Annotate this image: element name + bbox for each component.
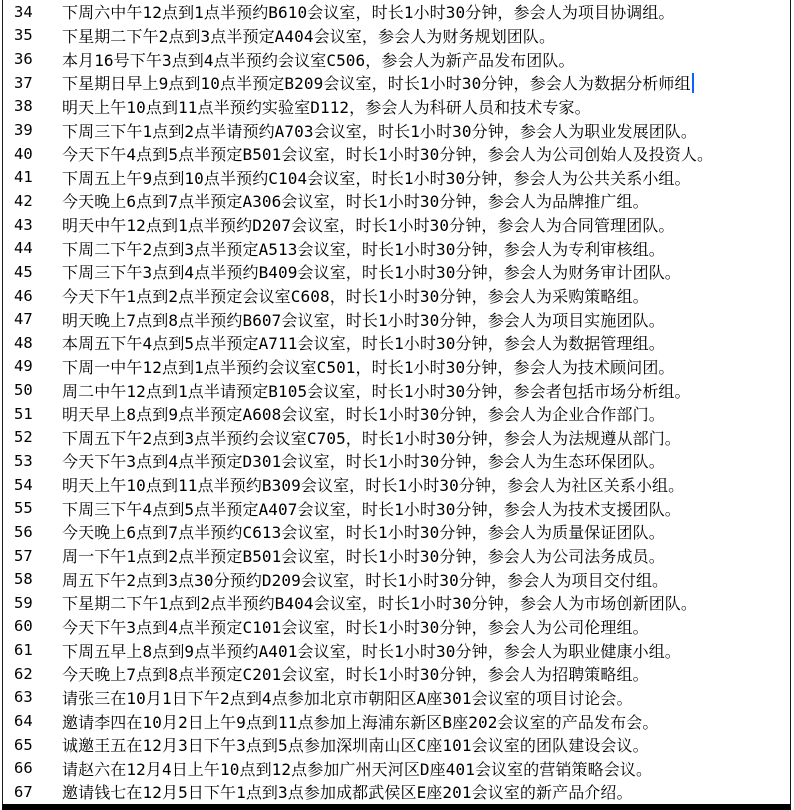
line-text[interactable]: 明天上午10点到11点半预约B309会议室，时长1小时30分钟，参会人为社区关系… bbox=[62, 473, 684, 496]
line-text[interactable]: 明天中午12点到1点半预约D207会议室，时长1小时30分钟，参会人为合同管理团… bbox=[62, 213, 675, 236]
line-number: 51 bbox=[3, 405, 62, 423]
line-text[interactable]: 今天晚上7点到8点半预定C201会议室，时长1小时30分钟，参会人为招聘策略组。 bbox=[62, 662, 649, 685]
line-number: 60 bbox=[3, 617, 62, 635]
editor-line: 45 下周三下午3点到4点半预约B409会议室，时长1小时30分钟，参会人为财务… bbox=[3, 260, 790, 284]
line-number: 49 bbox=[3, 357, 62, 375]
text-caret bbox=[692, 73, 695, 93]
editor-line: 55 下周三下午4点到5点半预定A407会议室，时长1小时30分钟，参会人为技术… bbox=[3, 496, 790, 520]
line-text[interactable]: 下星期日早上9点到10点半预定B209会议室，时长1小时30分钟，参会人为数据分… bbox=[62, 71, 694, 94]
editor-line: 38 明天上午10点到11点半预约实验室D112，参会人为科研人员和技术专家。 bbox=[3, 95, 790, 119]
line-number: 37 bbox=[3, 74, 62, 92]
line-text[interactable]: 下周五早上8点到9点半预约A401会议室，时长1小时30分钟，参会人为职业健康小… bbox=[62, 639, 681, 662]
line-text[interactable]: 请张三在10月1日下午2点到4点参加北京市朝阳区A座301会议室的项目讨论会。 bbox=[62, 686, 633, 709]
line-text[interactable]: 今天下午4点到5点半预定B501会议室，时长1小时30分钟，参会人为公司创始人及… bbox=[62, 142, 713, 165]
line-number: 53 bbox=[3, 452, 62, 470]
line-text[interactable]: 邀请李四在10月2日上午9点到11点参加上海浦东新区B座202会议室的产品发布会… bbox=[62, 710, 658, 733]
line-number: 41 bbox=[3, 168, 62, 186]
line-number: 63 bbox=[3, 688, 62, 706]
line-text[interactable]: 诚邀王五在12月3日下午3点到5点参加深圳南山区C座101会议室的团队建设会议。 bbox=[62, 733, 649, 756]
line-text[interactable]: 下周五上午9点到10点半预约C104会议室，时长1小时30分钟，参会人为公共关系… bbox=[62, 166, 691, 189]
line-number: 56 bbox=[3, 523, 62, 541]
line-number: 66 bbox=[3, 759, 62, 777]
line-text[interactable]: 明天晚上7点到8点半预约B607会议室，时长1小时30分钟，参会人为项目实施团队… bbox=[62, 308, 665, 331]
line-text[interactable]: 本月16号下午3点到4点半预约会议室C506，参会人为新产品发布团队。 bbox=[62, 48, 575, 71]
editor-line: 61 下周五早上8点到9点半预约A401会议室，时长1小时30分钟，参会人为职业… bbox=[3, 638, 790, 662]
line-text[interactable]: 今天下午3点到4点半预定C101会议室，时长1小时30分钟，参会人为公司伦理组。 bbox=[62, 615, 649, 638]
line-number: 57 bbox=[3, 547, 62, 565]
line-number: 43 bbox=[3, 216, 62, 234]
line-number: 52 bbox=[3, 428, 62, 446]
editor-line: 50 周二中午12点到1点半请预定B105会议室，时长1小时30分钟，参会者包括… bbox=[3, 378, 790, 402]
line-text[interactable]: 邀请钱七在12月5日下午1点到3点参加成都武侯区E座201会议室的新产品介绍。 bbox=[62, 780, 633, 803]
line-text[interactable]: 下周三下午1点到2点半请预约A703会议室，时长1小时30分钟，参会人为职业发展… bbox=[62, 119, 697, 142]
line-text[interactable]: 下周五下午2点到3点半预约会议室C705，时长1小时30分钟，参会人为法规遵从部… bbox=[62, 426, 681, 449]
line-number: 40 bbox=[3, 145, 62, 163]
editor-line: 51 明天早上8点到9点半预定A608会议室，时长1小时30分钟，参会人为企业合… bbox=[3, 402, 790, 426]
editor-line: 58 周五下午2点到3点30分预约D209会议室，时长1小时30分钟，参会人为项… bbox=[3, 567, 790, 591]
line-number: 67 bbox=[3, 783, 62, 801]
editor-line: 42 今天晚上6点到7点半预定A306会议室，时长1小时30分钟，参会人为品牌推… bbox=[3, 189, 790, 213]
editor-line: 63 请张三在10月1日下午2点到4点参加北京市朝阳区A座301会议室的项目讨论… bbox=[3, 686, 790, 710]
line-number: 62 bbox=[3, 665, 62, 683]
line-text[interactable]: 明天早上8点到9点半预定A608会议室，时长1小时30分钟，参会人为企业合作部门… bbox=[62, 402, 665, 425]
editor-line: 37 下星期日早上9点到10点半预定B209会议室，时长1小时30分钟，参会人为… bbox=[3, 71, 790, 95]
text-editor-window[interactable]: 34 下周六中午12点到1点半预约B610会议室，时长1小时30分钟，参会人为项… bbox=[2, 0, 791, 810]
line-number: 35 bbox=[3, 26, 62, 44]
line-text[interactable]: 下周六中午12点到1点半预约B610会议室，时长1小时30分钟，参会人为项目协调… bbox=[62, 0, 675, 23]
line-number: 38 bbox=[3, 97, 62, 115]
editor-line: 60 今天下午3点到4点半预定C101会议室，时长1小时30分钟，参会人为公司伦… bbox=[3, 615, 790, 639]
line-text[interactable]: 周二中午12点到1点半请预定B105会议室，时长1小时30分钟，参会者包括市场分… bbox=[62, 379, 691, 402]
line-text[interactable]: 请赵六在12月4日上午10点到12点参加广州天河区D座401会议室的营销策略会议… bbox=[62, 757, 652, 780]
editor-line: 44 下周二下午2点到3点半预定A513会议室，时长1小时30分钟，参会人为专利… bbox=[3, 236, 790, 260]
line-text[interactable]: 下星期二下午2点到3点半预定A404会议室，参会人为财务规划团队。 bbox=[62, 24, 555, 47]
line-text[interactable]: 周五下午2点到3点30分预约D209会议室，时长1小时30分钟，参会人为项目交付… bbox=[62, 568, 668, 591]
line-text[interactable]: 今天晚上6点到7点半预约C613会议室，时长1小时30分钟，参会人为质量保证团队… bbox=[62, 520, 665, 543]
editor-line: 46 今天下午1点到2点半预定会议室C608，时长1小时30分钟，参会人为采购策… bbox=[3, 284, 790, 308]
line-text[interactable]: 明天上午10点到11点半预约实验室D112，参会人为科研人员和技术专家。 bbox=[62, 95, 591, 118]
line-text[interactable]: 下周三下午4点到5点半预定A407会议室，时长1小时30分钟，参会人为技术支援团… bbox=[62, 497, 681, 520]
line-number: 46 bbox=[3, 287, 62, 305]
editor-content-area[interactable]: 34 下周六中午12点到1点半预约B610会议室，时长1小时30分钟，参会人为项… bbox=[3, 0, 790, 804]
line-text[interactable]: 本周五下午4点到5点半预定A711会议室，时长1小时30分钟，参会人为数据管理组… bbox=[62, 331, 665, 354]
editor-line: 35 下星期二下午2点到3点半预定A404会议室，参会人为财务规划团队。 bbox=[3, 24, 790, 48]
line-number: 61 bbox=[3, 641, 62, 659]
line-number: 42 bbox=[3, 192, 62, 210]
line-text[interactable]: 下周二下午2点到3点半预定A513会议室，时长1小时30分钟，参会人为专利审核组… bbox=[62, 237, 665, 260]
line-number: 39 bbox=[3, 121, 62, 139]
editor-line: 53 今天下午3点到4点半预定D301会议室，时长1小时30分钟，参会人为生态环… bbox=[3, 449, 790, 473]
editor-line: 56 今天晚上6点到7点半预约C613会议室，时长1小时30分钟，参会人为质量保… bbox=[3, 520, 790, 544]
editor-line: 40 今天下午4点到5点半预定B501会议室，时长1小时30分钟，参会人为公司创… bbox=[3, 142, 790, 166]
line-number: 50 bbox=[3, 381, 62, 399]
line-text[interactable]: 下周一中午12点到1点半预约会议室C501，时长1小时30分钟，参会人为技术顾问… bbox=[62, 355, 675, 378]
line-number: 44 bbox=[3, 239, 62, 257]
line-number: 54 bbox=[3, 476, 62, 494]
editor-line: 43 明天中午12点到1点半预约D207会议室，时长1小时30分钟，参会人为合同… bbox=[3, 213, 790, 237]
line-number: 45 bbox=[3, 263, 62, 281]
editor-line: 48 本周五下午4点到5点半预定A711会议室，时长1小时30分钟，参会人为数据… bbox=[3, 331, 790, 355]
line-number: 55 bbox=[3, 499, 62, 517]
editor-line: 62 今天晚上7点到8点半预定C201会议室，时长1小时30分钟，参会人为招聘策… bbox=[3, 662, 790, 686]
line-number: 48 bbox=[3, 334, 62, 352]
editor-line: 47 明天晚上7点到8点半预约B607会议室，时长1小时30分钟，参会人为项目实… bbox=[3, 307, 790, 331]
editor-line: 52 下周五下午2点到3点半预约会议室C705，时长1小时30分钟，参会人为法规… bbox=[3, 426, 790, 450]
line-number: 58 bbox=[3, 570, 62, 588]
line-number: 47 bbox=[3, 310, 62, 328]
editor-line: 64 邀请李四在10月2日上午9点到11点参加上海浦东新区B座202会议室的产品… bbox=[3, 709, 790, 733]
line-text[interactable]: 下星期二下午1点到2点半预约B404会议室，时长1小时30分钟，参会人为市场创新… bbox=[62, 591, 697, 614]
line-text[interactable]: 周一下午1点到2点半预定B501会议室，时长1小时30分钟，参会人为公司法务成员… bbox=[62, 544, 665, 567]
line-text[interactable]: 今天晚上6点到7点半预定A306会议室，时长1小时30分钟，参会人为品牌推广组。 bbox=[62, 189, 649, 212]
line-text[interactable]: 下周三下午3点到4点半预约B409会议室，时长1小时30分钟，参会人为财务审计团… bbox=[62, 260, 681, 283]
editor-line: 39 下周三下午1点到2点半请预约A703会议室，时长1小时30分钟，参会人为职… bbox=[3, 118, 790, 142]
line-number: 36 bbox=[3, 50, 62, 68]
editor-line: 67 邀请钱七在12月5日下午1点到3点参加成都武侯区E座201会议室的新产品介… bbox=[3, 780, 790, 804]
editor-line: 41 下周五上午9点到10点半预约C104会议室，时长1小时30分钟，参会人为公… bbox=[3, 165, 790, 189]
line-number: 65 bbox=[3, 736, 62, 754]
editor-line: 65 诚邀王五在12月3日下午3点到5点参加深圳南山区C座101会议室的团队建设… bbox=[3, 733, 790, 757]
line-number: 59 bbox=[3, 594, 62, 612]
editor-line: 54 明天上午10点到11点半预约B309会议室，时长1小时30分钟，参会人为社… bbox=[3, 473, 790, 497]
editor-line: 57 周一下午1点到2点半预定B501会议室，时长1小时30分钟，参会人为公司法… bbox=[3, 544, 790, 568]
line-text[interactable]: 今天下午1点到2点半预定会议室C608，时长1小时30分钟，参会人为采购策略组。 bbox=[62, 284, 649, 307]
editor-line: 59 下星期二下午1点到2点半预约B404会议室，时长1小时30分钟，参会人为市… bbox=[3, 591, 790, 615]
line-text[interactable]: 今天下午3点到4点半预定D301会议室，时长1小时30分钟，参会人为生态环保团队… bbox=[62, 449, 665, 472]
editor-line: 36 本月16号下午3点到4点半预约会议室C506，参会人为新产品发布团队。 bbox=[3, 47, 790, 71]
editor-line: 66 请赵六在12月4日上午10点到12点参加广州天河区D座401会议室的营销策… bbox=[3, 757, 790, 781]
editor-line: 34 下周六中午12点到1点半预约B610会议室，时长1小时30分钟，参会人为项… bbox=[3, 0, 790, 24]
line-number: 64 bbox=[3, 712, 62, 730]
editor-line: 49 下周一中午12点到1点半预约会议室C501，时长1小时30分钟，参会人为技… bbox=[3, 355, 790, 379]
line-number: 34 bbox=[3, 3, 62, 21]
